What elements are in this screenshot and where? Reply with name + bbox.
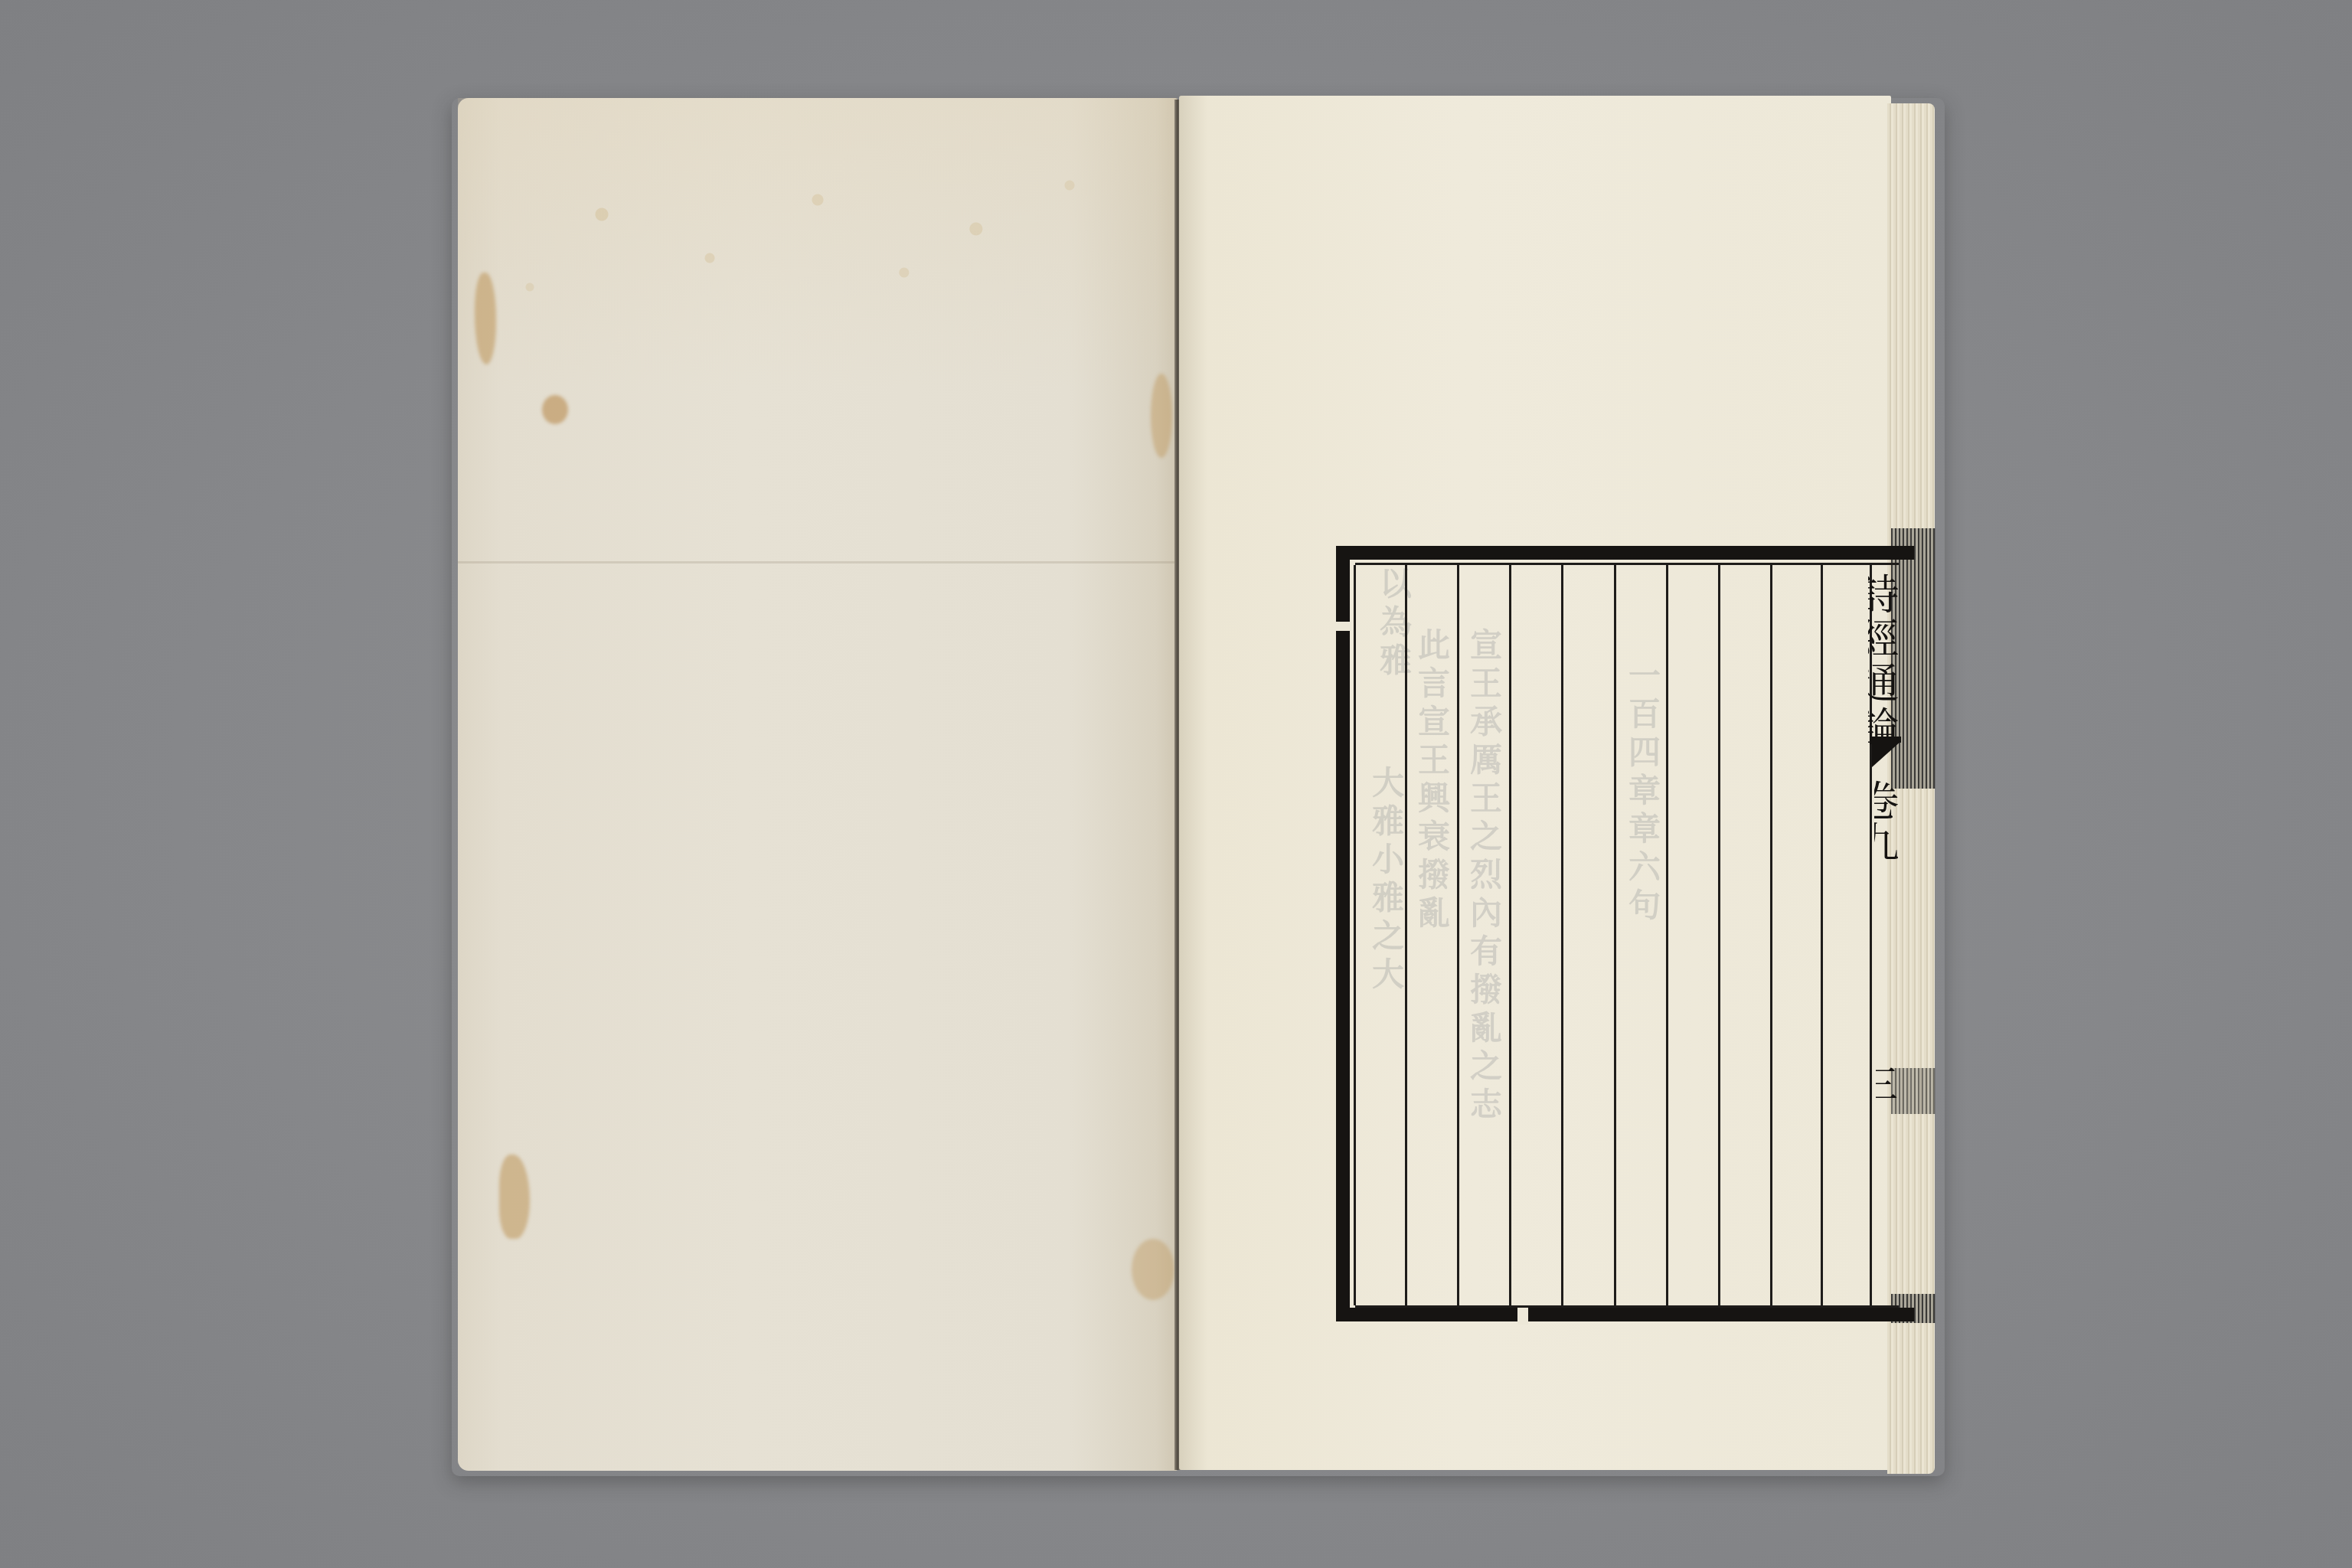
water-stain [1151, 374, 1172, 458]
column-rule [1666, 565, 1668, 1305]
banxin-leaf-number: 三 [1876, 1064, 1903, 1102]
fishtail-marker [1872, 741, 1901, 767]
column-rule [1718, 565, 1720, 1305]
foxing-spots [458, 98, 1178, 389]
water-stain [1132, 1239, 1174, 1300]
column-rule [1770, 565, 1772, 1305]
column-rule [1457, 565, 1459, 1305]
frame-notch [1334, 622, 1352, 631]
printed-frame-inner-rule [1355, 563, 1899, 1308]
column-rule [1405, 565, 1407, 1305]
water-stain [542, 395, 568, 424]
column-rule [1561, 565, 1563, 1305]
water-stain [475, 273, 496, 364]
column-rule [1354, 565, 1356, 1305]
frame-notch [1517, 1306, 1528, 1325]
fold-crease [458, 561, 1178, 563]
column-rule [1821, 565, 1823, 1305]
banxin-book-title: 詩經通論 [1868, 573, 1905, 750]
banxin-volume-label: 卷九 [1874, 779, 1905, 862]
left-page [458, 98, 1178, 1471]
water-stain [499, 1155, 530, 1239]
column-rule [1509, 565, 1511, 1305]
column-rule [1614, 565, 1616, 1305]
